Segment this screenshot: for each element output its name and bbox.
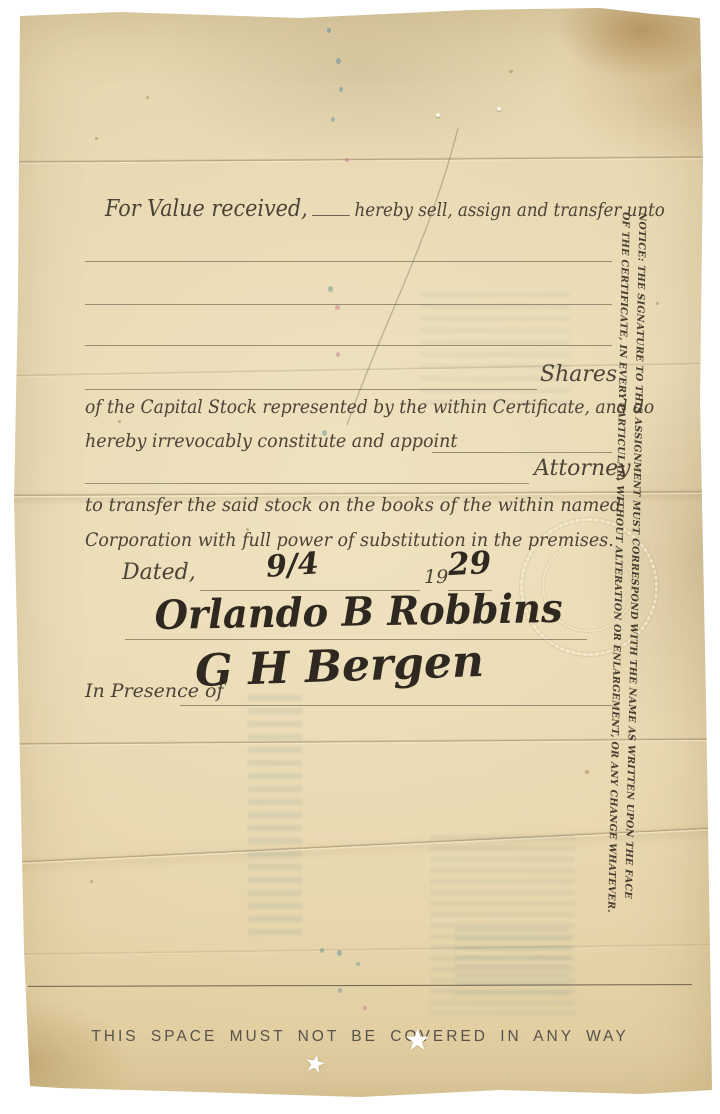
paper-freckle	[656, 302, 659, 305]
transfer-line2: Corporation with full power of substitut…	[85, 529, 614, 551]
paper-freckle	[509, 70, 513, 73]
paper-sheet: For Value received, hereby sell, assign …	[0, 0, 720, 1114]
paper-freckle	[95, 137, 98, 140]
paper-freckle	[118, 420, 121, 423]
handwritten-year: 29	[447, 545, 492, 583]
ink-speck	[339, 87, 343, 92]
blank-name-gap	[312, 215, 350, 216]
ink-speck	[363, 1006, 367, 1010]
blank-line	[85, 345, 612, 346]
blank-line	[85, 304, 612, 305]
ink-speck	[327, 28, 331, 33]
ink-speck	[335, 305, 340, 310]
handwritten-date: 9/4	[265, 546, 320, 585]
star-punch-hole: ★	[404, 1026, 431, 1056]
witness-signature: G H Bergen	[194, 636, 485, 697]
pinhole	[497, 107, 501, 111]
attorney-blank-line	[85, 483, 529, 484]
ink-speck	[336, 58, 341, 64]
transfer-line1: to transfer the said stock on the books …	[85, 494, 621, 516]
paper-freckle	[146, 96, 149, 99]
witness-line	[180, 705, 612, 706]
attorney-name-blank-line	[432, 452, 612, 453]
signature: Orlando B Robbins	[154, 585, 563, 639]
ink-speck	[336, 352, 340, 357]
ink-speck	[345, 158, 349, 162]
opening-line-left: For Value received,	[105, 196, 308, 222]
dated-label: Dated,	[122, 560, 196, 585]
ink-speck	[338, 988, 342, 993]
scanned-stock-certificate-back: For Value received, hereby sell, assign …	[0, 0, 720, 1114]
year-prefix: 19	[424, 566, 448, 588]
capital-stock-line1: of the Capital Stock represented by the …	[85, 396, 654, 418]
blank-line	[85, 261, 612, 262]
capital-stock-line2: hereby irrevocably constitute and appoin…	[85, 430, 457, 452]
footer-warning: THIS SPACE MUST NOT BE COVERED IN ANY WA…	[0, 1028, 720, 1046]
paper-freckle	[90, 880, 93, 883]
pinhole	[436, 113, 440, 117]
ink-speck	[328, 286, 333, 292]
ink-speck	[331, 117, 335, 122]
paper-freckle	[585, 770, 589, 774]
ink-speck	[320, 948, 324, 953]
opening-line: For Value received, hereby sell, assign …	[105, 196, 665, 222]
ink-speck	[356, 962, 360, 966]
shares-blank-line	[85, 389, 537, 390]
ink-speck	[337, 950, 342, 956]
